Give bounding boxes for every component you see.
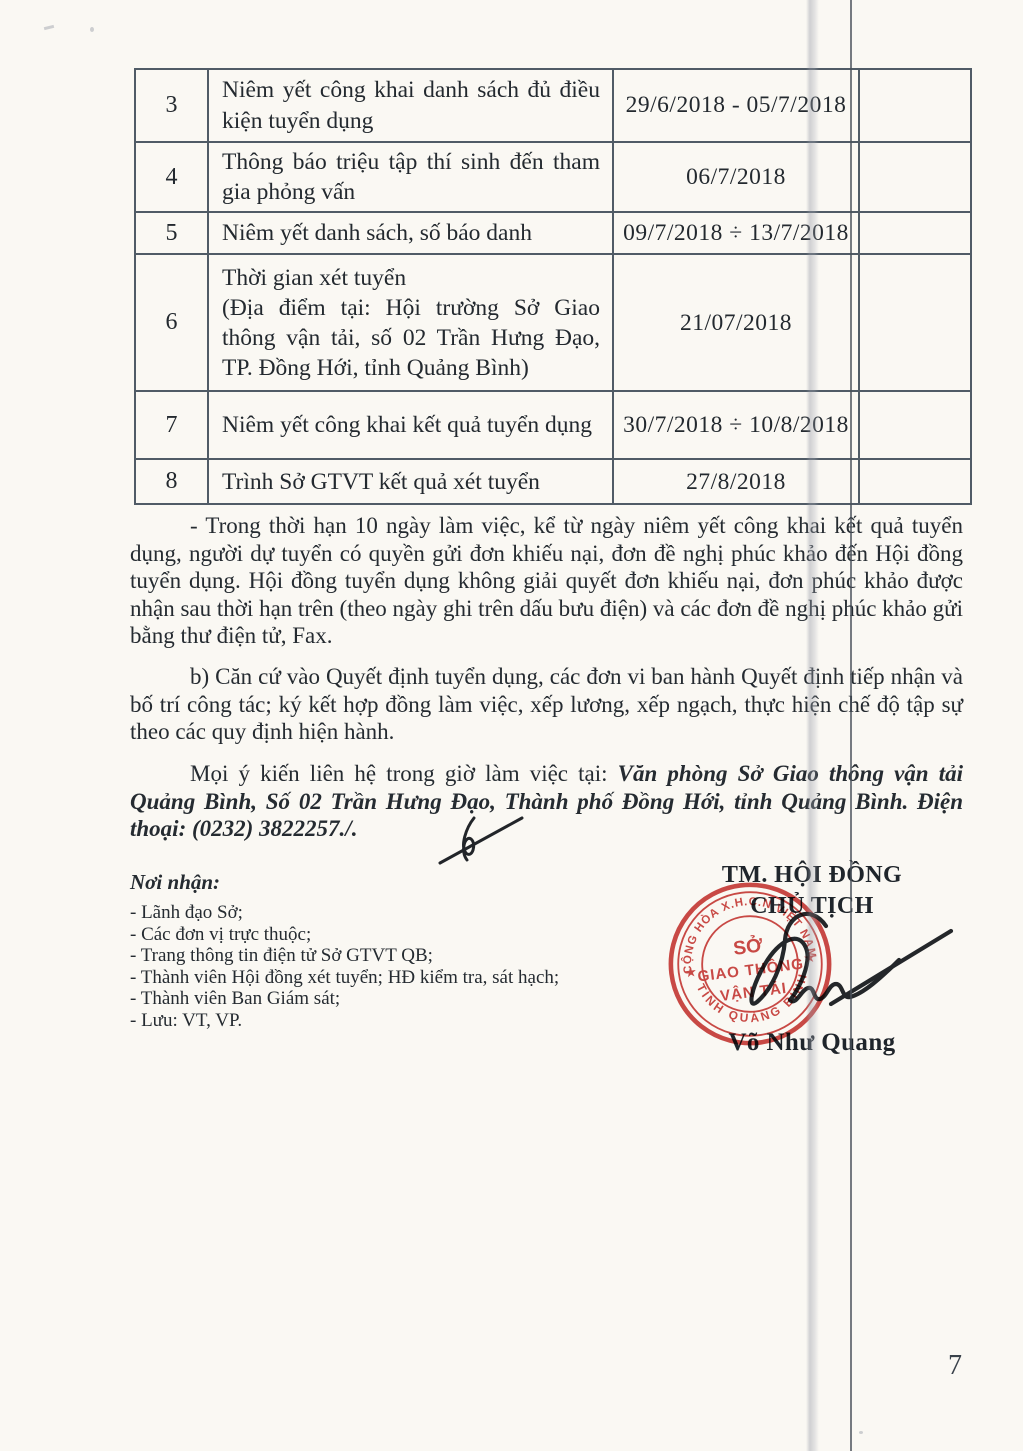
scanned-document-page: 3 Niêm yết công khai danh sách đủ điều k… [0,0,1023,1451]
row-note [859,142,971,212]
dust-speck [44,25,54,30]
row-number: 7 [135,391,208,459]
table-row: 4 Thông báo triệu tập thí sinh đến tham … [135,142,971,212]
row-number: 6 [135,254,208,391]
row-number: 5 [135,212,208,254]
recipients-heading: Nơi nhận: [130,870,600,895]
row-note [859,254,971,391]
recipient-item: - Thành viên Hội đồng xét tuyển; HĐ kiểm… [130,967,600,989]
signature [733,898,973,1023]
row-date: 27/8/2018 [613,459,859,504]
table-row: 5 Niêm yết danh sách, số báo danh 09/7/2… [135,212,971,254]
recipient-item: - Lưu: VT, VP. [130,1010,600,1032]
row-number: 4 [135,142,208,212]
row-task: Niêm yết công khai danh sách đủ điều kiệ… [208,69,613,142]
row-task: Thông báo triệu tập thí sinh đến tham gi… [208,142,613,212]
row-date: 06/7/2018 [613,142,859,212]
row-date: 21/07/2018 [613,254,859,391]
table-row: 7 Niêm yết công khai kết quả tuyển dụng … [135,391,971,459]
paragraph-appeal: - Trong thời hạn 10 ngày làm việc, kể từ… [130,512,963,650]
table-row: 3 Niêm yết công khai danh sách đủ điều k… [135,69,971,142]
row-task: Niêm yết công khai kết quả tuyển dụng [208,391,613,459]
page-number: 7 [905,1350,1005,1382]
row-number: 8 [135,459,208,504]
dust-speck [90,27,94,32]
schedule-table: 3 Niêm yết công khai danh sách đủ điều k… [134,68,972,505]
paragraph-b: b) Căn cứ vào Quyết định tuyển dụng, các… [130,663,963,746]
recipient-item: - Trang thông tin điện tử Sở GTVT QB; [130,945,600,967]
stamp-star-left-icon: ★ [684,964,698,980]
row-note [859,391,971,459]
paragraph-contact: Mọi ý kiến liên hệ trong giờ làm việc tạ… [130,760,963,843]
row-note [859,459,971,504]
recipient-item: - Thành viên Ban Giám sát; [130,988,600,1010]
row-date: 09/7/2018 ÷ 13/7/2018 [613,212,859,254]
contact-lead: Mọi ý kiến liên hệ trong giờ làm việc tạ… [190,761,618,786]
row-date: 30/7/2018 ÷ 10/8/2018 [613,391,859,459]
recipient-item: - Các đơn vị trực thuộc; [130,924,600,946]
row-task-location: (Địa điểm tại: Hội trường Sở Giao thông … [222,293,600,383]
recipients-block: Nơi nhận: - Lãnh đạo Sở; - Các đơn vị tr… [130,870,600,1032]
table-row: 6 Thời gian xét tuyển (Địa điểm tại: Hội… [135,254,971,391]
table-row: 8 Trình Sở GTVT kết quả xét tuyển 27/8/2… [135,459,971,504]
row-task-title: Thời gian xét tuyển [222,263,600,293]
row-task: Trình Sở GTVT kết quả xét tuyển [208,459,613,504]
recipient-item: - Lãnh đạo Sở; [130,902,600,924]
row-date: 29/6/2018 - 05/7/2018 [613,69,859,142]
handwritten-initial [430,806,530,870]
dust-speck [859,1431,863,1434]
row-task: Thời gian xét tuyển (Địa điểm tại: Hội t… [208,254,613,391]
row-number: 3 [135,69,208,142]
row-note [859,212,971,254]
row-task: Niêm yết danh sách, số báo danh [208,212,613,254]
row-note [859,69,971,142]
